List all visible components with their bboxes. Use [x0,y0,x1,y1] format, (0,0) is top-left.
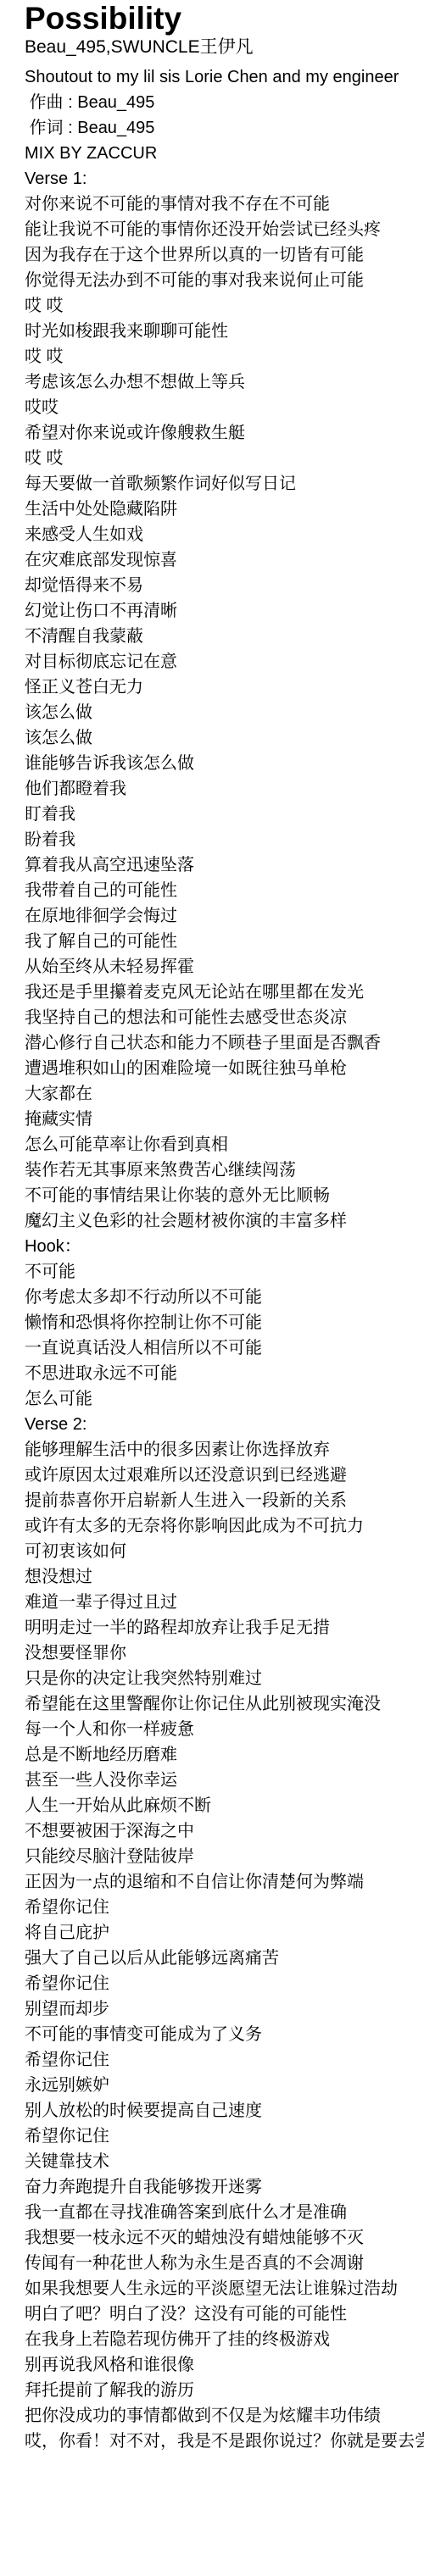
lyric-line: 希望你记住 [25,2124,424,2149]
lyrics-page: Possibility Beau_495,SWUNCLE王伊凡 Shoutout… [0,0,424,2454]
lyric-line: 懒惰和恐惧将你控制让你不可能 [25,1310,424,1335]
lyric-line: 不可能的事情结果让你装的意外无比顺畅 [25,1183,424,1208]
lyric-line: 我想要一枝永远不灭的蜡烛没有蜡烛能够不灭 [25,2225,424,2251]
lyric-line: Verse 1: [25,166,424,192]
lyric-line: 谁能够告诉我该怎么做 [25,751,424,776]
lyric-line: 或许有太多的无奈将你影响因此成为不可抗力 [25,1513,424,1539]
lyric-line: 因为我存在于这个世界所以真的一切皆有可能 [25,242,424,268]
lyric-line: 希望你记住 [25,2047,424,2073]
lyric-line: 作曲 : Beau_495 [25,90,424,115]
lyric-line: Verse 2: [25,1412,424,1437]
lyric-line: 怪正义苍白无力 [25,675,424,700]
lyric-line: 哎 哎 [25,446,424,471]
lyric-line: 提前恭喜你开启崭新人生进入一段新的关系 [25,1488,424,1513]
lyric-line: Shoutout to my lil sis Lorie Chen and my… [25,64,424,90]
lyric-line: 来感受人生如戏 [25,522,424,547]
lyric-line: 哎，你看！对不对，我是不是跟你说过？你就是要去尝试 [25,2429,424,2454]
lyric-line: 甚至一些人没你幸运 [25,1768,424,1793]
lyric-line: 想没想过 [25,1564,424,1590]
lyric-line: 你考虑太多却不行动所以不可能 [25,1285,424,1310]
lyric-line: 只是你的决定让我突然特别难过 [25,1666,424,1691]
lyric-line: 奋力奔跑提升自我能够拨开迷雾 [25,2174,424,2200]
lyric-line: 哎哎 [25,395,424,420]
lyric-line: 一直说真话没人相信所以不可能 [25,1335,424,1361]
lyric-line: 哎 哎 [25,293,424,319]
lyric-line: 不想要被困于深海之中 [25,1818,424,1844]
lyric-line: 你觉得无法办到不可能的事对我来说何止可能 [25,268,424,293]
lyric-line: 我了解自己的可能性 [25,929,424,954]
lyric-line: 传闻有一种花世人称为永生是否真的不会凋谢 [25,2251,424,2276]
lyric-line: 正因为一点的退缩和不自信让你清楚何为弊端 [25,1869,424,1895]
lyric-line: 关键靠技术 [25,2149,424,2174]
lyric-line: 希望能在这里警醒你让你记住从此别被现实淹没 [25,1691,424,1717]
lyric-line: 装作若无其事原来煞费苦心继续闯荡 [25,1158,424,1183]
lyric-line: 潜心修行自己状态和能力不顾巷子里面是否飘香 [25,1030,424,1056]
lyric-line: 难道一辈子得过且过 [25,1590,424,1615]
lyric-line: 该怎么做 [25,725,424,751]
lyric-line: 能让我说不可能的事情你还没开始尝试已经头疼 [25,217,424,242]
lyric-line: 能够理解生活中的很多因素让你选择放弃 [25,1437,424,1463]
lyric-line: 别人放松的时候要提高自己速度 [25,2098,424,2124]
lyric-line: 怎么可能草率让你看到真相 [25,1132,424,1158]
lyric-line: 生活中处处隐藏陷阱 [25,497,424,522]
lyric-line: 大家都在 [25,1081,424,1107]
lyric-line: 不可能的事情变可能成为了义务 [25,2022,424,2047]
lyric-line: 盼着我 [25,827,424,852]
lyric-line: MIX BY ZACCUR [25,141,424,166]
lyric-line: 我还是手里攥着麦克风无论站在哪里都在发光 [25,980,424,1005]
lyric-line: 在我身上若隐若现仿佛开了挂的终极游戏 [25,2327,424,2352]
lyric-line: 我坚持自己的想法和可能性去感受世态炎凉 [25,1005,424,1030]
lyric-line: 将自己庇护 [25,1920,424,1946]
lyric-line: 怎么可能 [25,1386,424,1412]
lyric-line: 拜托提前了解我的游历 [25,2378,424,2403]
lyric-line: 明白了吧？明白了没？这没有可能的可能性 [25,2301,424,2327]
lyric-line: 或许原因太过艰难所以还没意识到已经逃避 [25,1463,424,1488]
lyric-line: 魔幻主义色彩的社会题材被你演的丰富多样 [25,1208,424,1234]
lyric-line: 哎 哎 [25,344,424,369]
lyric-line: 不可能 [25,1259,424,1285]
lyric-line: 不思进取永远不可能 [25,1361,424,1386]
lyric-line: 永远别嫉妒 [25,2073,424,2098]
lyrics-body: Shoutout to my lil sis Lorie Chen and my… [25,64,424,2454]
lyric-line: 每一个人和你一样疲惫 [25,1717,424,1742]
lyric-line: 算着我从高空迅速坠落 [25,852,424,878]
lyric-line: 盯着我 [25,802,424,827]
lyric-line: 幻觉让伤口不再清晰 [25,598,424,624]
lyric-line: 掩藏实情 [25,1107,424,1132]
lyric-line: 该怎么做 [25,700,424,725]
lyric-line: 作词 : Beau_495 [25,115,424,141]
lyric-line: 考虑该怎么办想不想做上等兵 [25,369,424,395]
lyric-line: 人生一开始从此麻烦不断 [25,1793,424,1818]
lyric-line: 在灾难底部发现惊喜 [25,547,424,573]
lyric-line: 时光如梭跟我来聊聊可能性 [25,319,424,344]
lyric-line: 不清醒自我蒙蔽 [25,624,424,649]
lyric-line: 总是不断地经历磨难 [25,1742,424,1768]
lyric-line: 希望对你来说或许像艘救生艇 [25,420,424,446]
lyric-line: 希望你记住 [25,1971,424,1996]
lyric-line: 明明走过一半的路程却放弃让我手足无措 [25,1615,424,1641]
lyric-line: 如果我想要人生永远的平淡愿望无法让谁躲过浩劫 [25,2276,424,2301]
lyric-line: 每天要做一首歌频繁作词好似写日记 [25,471,424,497]
song-title: Possibility [25,2,424,36]
lyric-line: 我带着自己的可能性 [25,878,424,903]
lyric-line: 没想要怪罪你 [25,1641,424,1666]
lyric-line: 遭遇堆积如山的困难险境一如既往独马单枪 [25,1056,424,1081]
lyric-line: Hook： [25,1234,424,1259]
lyric-line: 只能绞尽脑汁登陆彼岸 [25,1844,424,1869]
lyric-line: 可初衷该如何 [25,1539,424,1564]
lyric-line: 对目标彻底忘记在意 [25,649,424,675]
lyric-line: 希望你记住 [25,1895,424,1920]
lyric-line: 他们都瞪着我 [25,776,424,802]
lyric-line: 在原地徘徊学会悔过 [25,903,424,929]
lyric-line: 强大了自己以后从此能够远离痛苦 [25,1946,424,1971]
lyric-line: 把你没成功的事情都做到不仅是为炫耀丰功伟绩 [25,2403,424,2429]
lyric-line: 却觉悟得来不易 [25,573,424,598]
lyric-line: 对你来说不可能的事情对我不存在不可能 [25,192,424,217]
lyric-line: 从始至终从未轻易挥霍 [25,954,424,980]
lyric-line: 别望而却步 [25,1996,424,2022]
artist-names: Beau_495,SWUNCLE王伊凡 [25,36,424,58]
lyric-line: 别再说我风格和谁很像 [25,2352,424,2378]
lyric-line: 我一直都在寻找准确答案到底什么才是准确 [25,2200,424,2225]
